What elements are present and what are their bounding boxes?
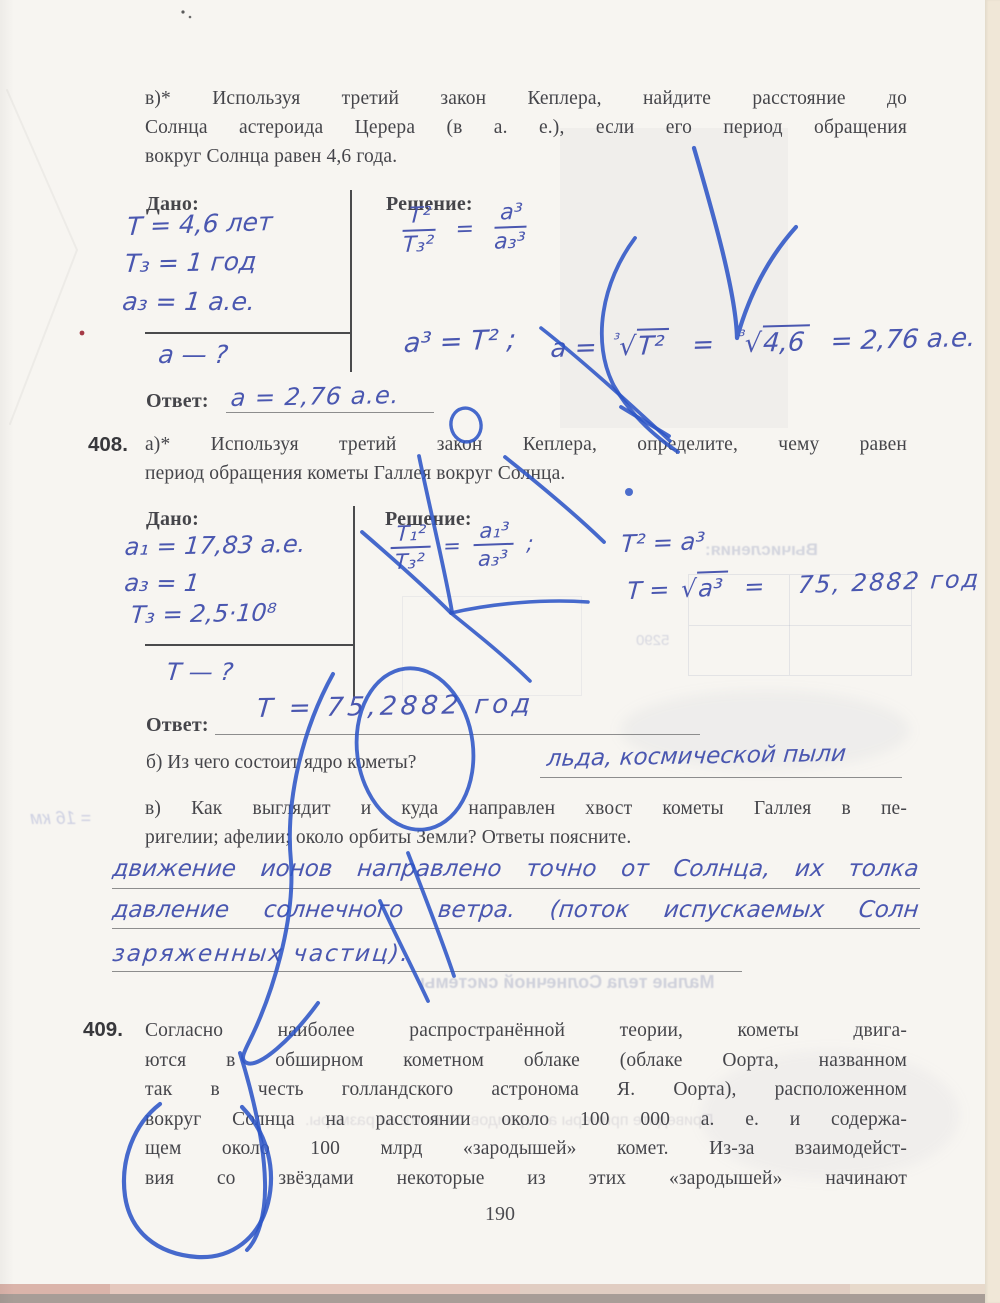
answer-v: a = 2,76 а.е. [230,381,401,412]
red-speck [80,331,85,336]
statement-line: так в честь голландского астронома Я. Оо… [145,1075,907,1105]
statement-line: в) Как выглядит и куда направлен хвост к… [145,795,907,824]
dano-divider [350,190,352,372]
solution-fraction-row: T₁² T₃² = a₁³ a₃³ ; [389,517,535,574]
given-line: a₁ = 17,83 а.е. [124,530,307,561]
ruled-line [112,928,920,929]
dano-rule [145,332,350,334]
statement-line: вокруг Солнца на расстоянии около 100 00… [145,1105,907,1135]
problem-408-number: 408. [88,433,128,457]
statement-line: ются в обширном кометном облаке (облаке … [145,1046,907,1076]
statement-line: Согласно наиболее распространённой теори… [145,1016,907,1046]
statement-line: вокруг Солнца равен 4,6 года. [145,143,907,172]
problem-409-number: 409. [83,1018,123,1042]
solution-step2: a³ = T² ; [403,324,517,359]
solution-fraction-row: T² T₃² = a³ a₃³ [397,199,532,258]
answer-408: T = 75,2882 год [255,689,535,724]
answer-underline [226,412,434,413]
statement-line: Солнца астероида Церера (в а. е.), если … [145,114,907,143]
statement-line: период обращения кометы Галлея вокруг Со… [145,460,907,489]
statement-line: щем около 100 млрд «зародышей» комет. Из… [145,1134,907,1164]
solution-step2: T² = a³ [620,527,706,558]
given-question: T — ? [165,658,235,686]
dano-divider [353,506,355,700]
question-b: б) Из чего состоит ядро кометы? [146,752,416,774]
bleed-table-2 [402,596,582,696]
given-line: T₃ = 1 год [123,247,257,278]
problem-v-statement: в)* Используя третий закон Кеплера, найд… [145,85,907,171]
left-scan-edge [0,0,14,1303]
ink-dot [625,488,633,496]
given-question: a — ? [157,340,230,369]
fraction: T₁² T₃² [389,521,431,575]
bleed-section-heading: Малые тела Солнечной системы [420,972,714,993]
fraction: a₁³ a₃³ [472,518,514,572]
answer-v-line: движение ионов направлено точно от Солнц… [111,856,920,882]
bleed-calc-label: Вычисления: [705,540,818,560]
otvet-label: Ответ: [146,714,209,737]
dano-rule [145,644,353,646]
bleed-shade-rect [560,128,788,428]
given-line: a₃ = 1 а.е. [121,287,257,316]
ruled-line [112,971,742,972]
bleed-table-number: 5290 [636,632,669,649]
square-root: √a³ [680,574,728,604]
bottom-scan-edge-dark [0,1294,985,1303]
answer-v-line: заряженных частиц). [111,941,411,967]
problem-408-statement: а)* Используя третий закон Кеплера, опре… [145,431,907,489]
right-scan-edge [985,0,1000,1303]
statement-line: вия со звёздами некоторые из этих «зарод… [145,1164,907,1194]
given-line: T₃ = 2,5·10⁸ [130,598,278,629]
given-line: a₃ = 1 [123,569,201,597]
statement-line: ригелии; афелии; около орбиты Земли? Отв… [145,824,907,853]
problem-409-statement: Согласно наиболее распространённой теори… [145,1016,907,1194]
statement-line: а)* Используя третий закон Кеплера, опре… [145,431,907,460]
scanned-workbook-page: Вычисления: 5290 Малые тела Солнечной си… [0,0,1000,1303]
fraction: T² T₃² [397,203,441,259]
otvet-label: Ответ: [146,390,209,413]
answer-v-line: давление солнечного ветра. (поток испуск… [111,897,920,923]
bottom-scan-edge-pink [0,1284,985,1294]
fraction: a³ a₃³ [489,199,533,255]
answer-underline [215,734,700,735]
statement-line: в)* Используя третий закон Кеплера, найд… [145,85,907,114]
dano-label: Дано: [146,508,199,531]
given-line: T = 4,6 лет [126,207,274,241]
cube-root: ³√T² [612,331,670,363]
bleed-left-margin-hw: = 16 км [30,808,91,829]
answer-underline [540,777,902,778]
page-number: 190 [0,1203,1000,1226]
cube-root: ³√4,6 [737,327,810,359]
question-v-statement: в) Как выглядит и куда направлен хвост к… [145,795,907,853]
ruled-line [112,888,920,889]
answer-b: льда, космической пыли [546,741,847,772]
